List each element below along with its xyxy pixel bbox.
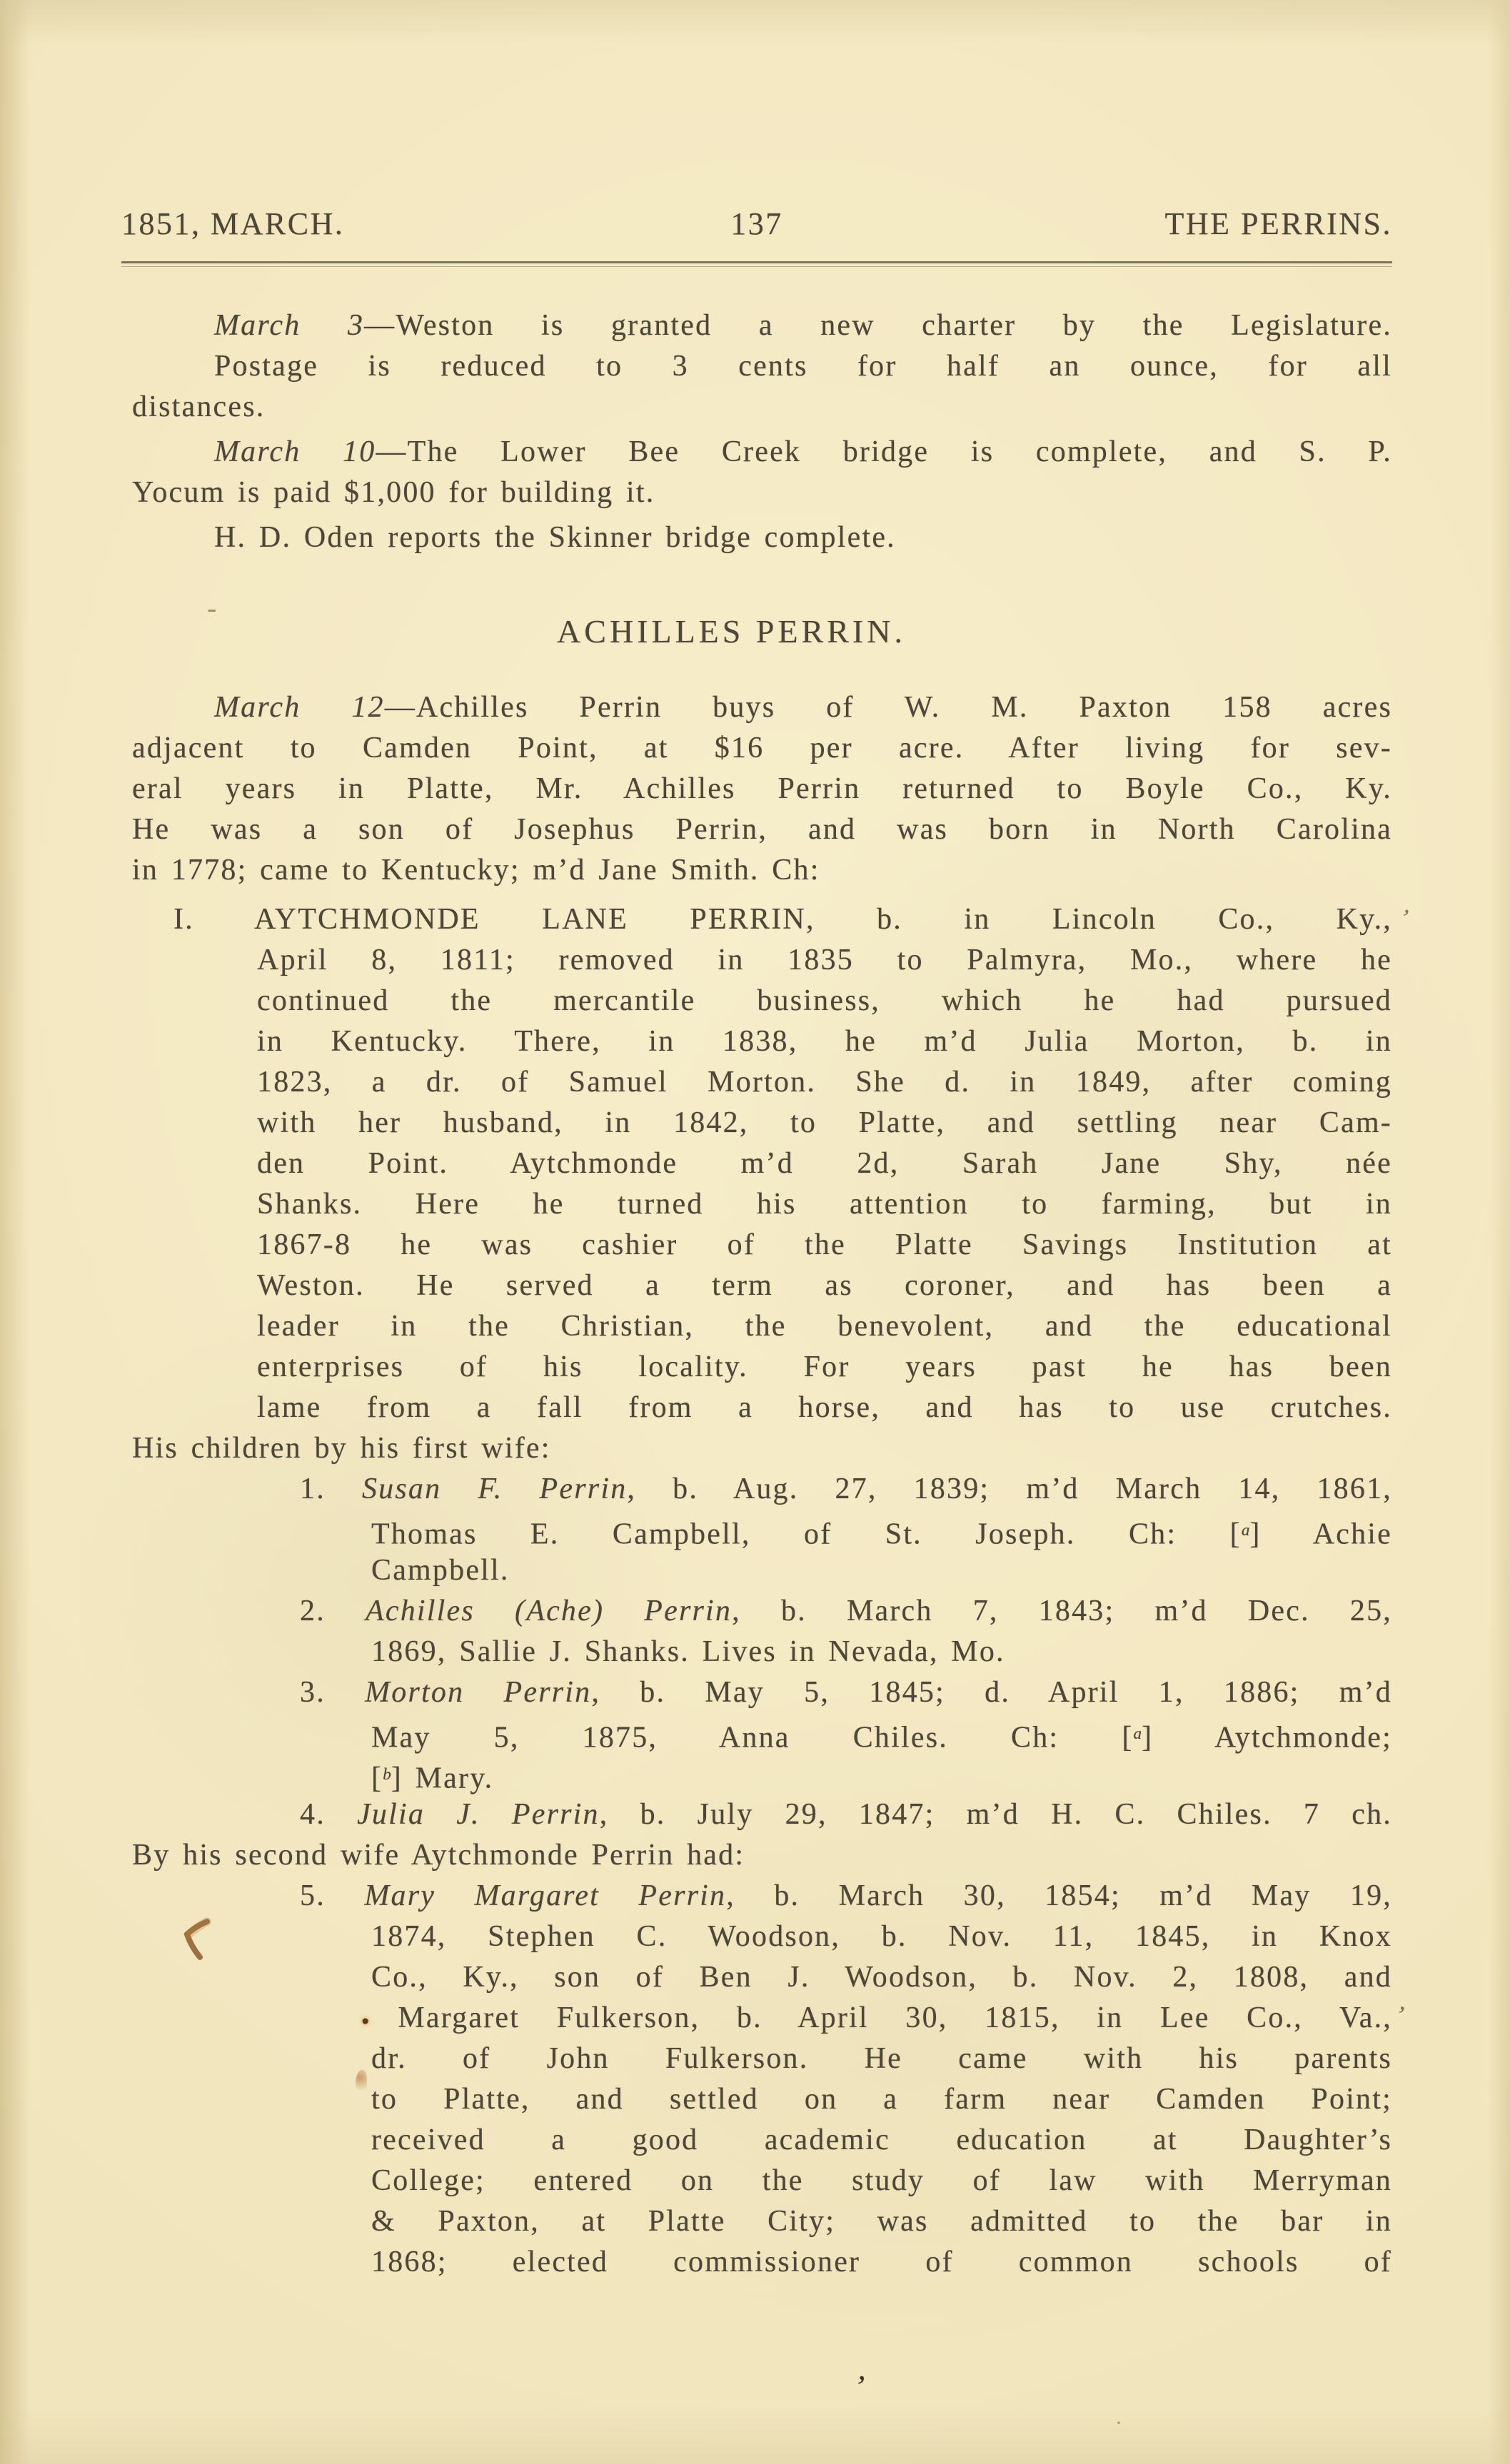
text-line: 1867-8 he was cashier of the Platte Savi… (132, 1225, 1392, 1266)
text-line: Postage is reduced to 3 cents for half a… (132, 346, 1392, 387)
ink-tick-mark: ʼ (1394, 1999, 1408, 2031)
text-line: Co., Ky., son of Ben J. Woodson, b. Nov.… (132, 1957, 1392, 1998)
text-line: eral years in Platte, Mr. Achilles Perri… (132, 769, 1392, 809)
header-title: THE PERRINS. (969, 206, 1392, 242)
page-body: March 3—Weston is granted a new charter … (132, 306, 1392, 2283)
ink-apostrophe-mark: ’ (853, 2368, 869, 2405)
ink-tick-mark: ʼ (1398, 904, 1412, 933)
text-line: & Paxton, at Platte City; was admitted t… (132, 2201, 1392, 2242)
text-line: with her husband, in 1842, to Platte, an… (132, 1103, 1392, 1143)
text-line: 2. Achilles (Ache) Perrin, b. March 7, 1… (132, 1591, 1392, 1632)
text-line: Yocum is paid $1,000 for building it. (132, 473, 1392, 513)
page-number: 137 (545, 206, 968, 242)
text-line: 1874, Stephen C. Woodson, b. Nov. 11, 18… (132, 1917, 1392, 1957)
text-line: in 1778; came to Kentucky; m’d Jane Smit… (132, 850, 1392, 891)
text-line: 5. Mary Margaret Perrin, b. March 30, 18… (132, 1876, 1392, 1917)
text-line: 1868; elected commissioner of common sch… (132, 2242, 1392, 2283)
text-line: H. D. Oden reports the Skinner bridge co… (132, 517, 1392, 558)
genealogy-text: March 12—Achilles Perrin buys of W. M. P… (132, 687, 1392, 2283)
text-line: April 8, 1811; removed in 1835 to Palmyr… (132, 940, 1392, 981)
text-line: March 3—Weston is granted a new charter … (132, 306, 1392, 346)
text-line: 1823, a dr. of Samuel Morton. She d. in … (132, 1062, 1392, 1103)
text-line: March 10—The Lower Bee Creek bridge is c… (132, 432, 1392, 473)
header-rule (121, 261, 1392, 267)
text-line: 1. Susan F. Perrin, b. Aug. 27, 1839; m’… (132, 1469, 1392, 1510)
text-line: 4. Julia J. Perrin, b. July 29, 1847; m’… (132, 1794, 1392, 1835)
text-line: May 5, 1875, Anna Chiles. Ch: [a] Aytchm… (132, 1713, 1392, 1754)
text-line: March 12—Achilles Perrin buys of W. M. P… (132, 687, 1392, 728)
text-line: leader in the Christian, the benevolent,… (132, 1306, 1392, 1347)
text-line: His children by his first wife: (132, 1428, 1392, 1469)
text-line: enterprises of his locality. For years p… (132, 1347, 1392, 1388)
text-line: received a good academic education at Da… (132, 2120, 1392, 2161)
section-heading: ACHILLES PERRIN. (132, 611, 1331, 652)
text-line: in Kentucky. There, in 1838, he m’d Juli… (132, 1021, 1392, 1062)
text-line: College; entered on the study of law wit… (132, 2161, 1392, 2201)
text-line: den Point. Aytchmonde m’d 2d, Sarah Jane… (132, 1143, 1392, 1184)
text-line: distances. (132, 387, 1392, 428)
text-line: lame from a fall from a horse, and has t… (132, 1388, 1392, 1428)
text-line: By his second wife Aytchmonde Perrin had… (132, 1835, 1392, 1876)
text-line: to Platte, and settled on a farm near Ca… (132, 2079, 1392, 2120)
scanned-book-page: 1851, MARCH. 137 THE PERRINS. March 3—We… (0, 0, 1510, 2464)
header-date: 1851, MARCH. (121, 206, 545, 242)
text-line: [b] Mary. (132, 1754, 1392, 1794)
page-header: 1851, MARCH. 137 THE PERRINS. (121, 206, 1392, 242)
text-line: adjacent to Camden Point, at $16 per acr… (132, 728, 1392, 769)
intro-text: March 3—Weston is granted a new charter … (132, 306, 1392, 558)
text-line: 3. Morton Perrin, b. May 5, 1845; d. Apr… (132, 1672, 1392, 1713)
text-line: Thomas E. Campbell, of St. Joseph. Ch: [… (132, 1510, 1392, 1550)
text-line: dr. of John Fulkerson. He came with his … (132, 2039, 1392, 2079)
ink-dot-mark: · (1115, 2411, 1122, 2435)
text-line: 1869, Sallie J. Shanks. Lives in Nevada,… (132, 1632, 1392, 1672)
text-line: Campbell. (132, 1550, 1392, 1591)
text-line: ●Margaret Fulkerson, b. April 30, 1815, … (132, 1998, 1392, 2039)
text-line: Shanks. Here he turned his attention to … (132, 1184, 1392, 1225)
text-line: I. AYTCHMONDE LANE PERRIN, b. in Lincoln… (132, 899, 1392, 940)
text-line: continued the mercantile business, which… (132, 981, 1392, 1021)
text-line: He was a son of Josephus Perrin, and was… (132, 809, 1392, 850)
text-line: Weston. He served a term as coroner, and… (132, 1266, 1392, 1306)
